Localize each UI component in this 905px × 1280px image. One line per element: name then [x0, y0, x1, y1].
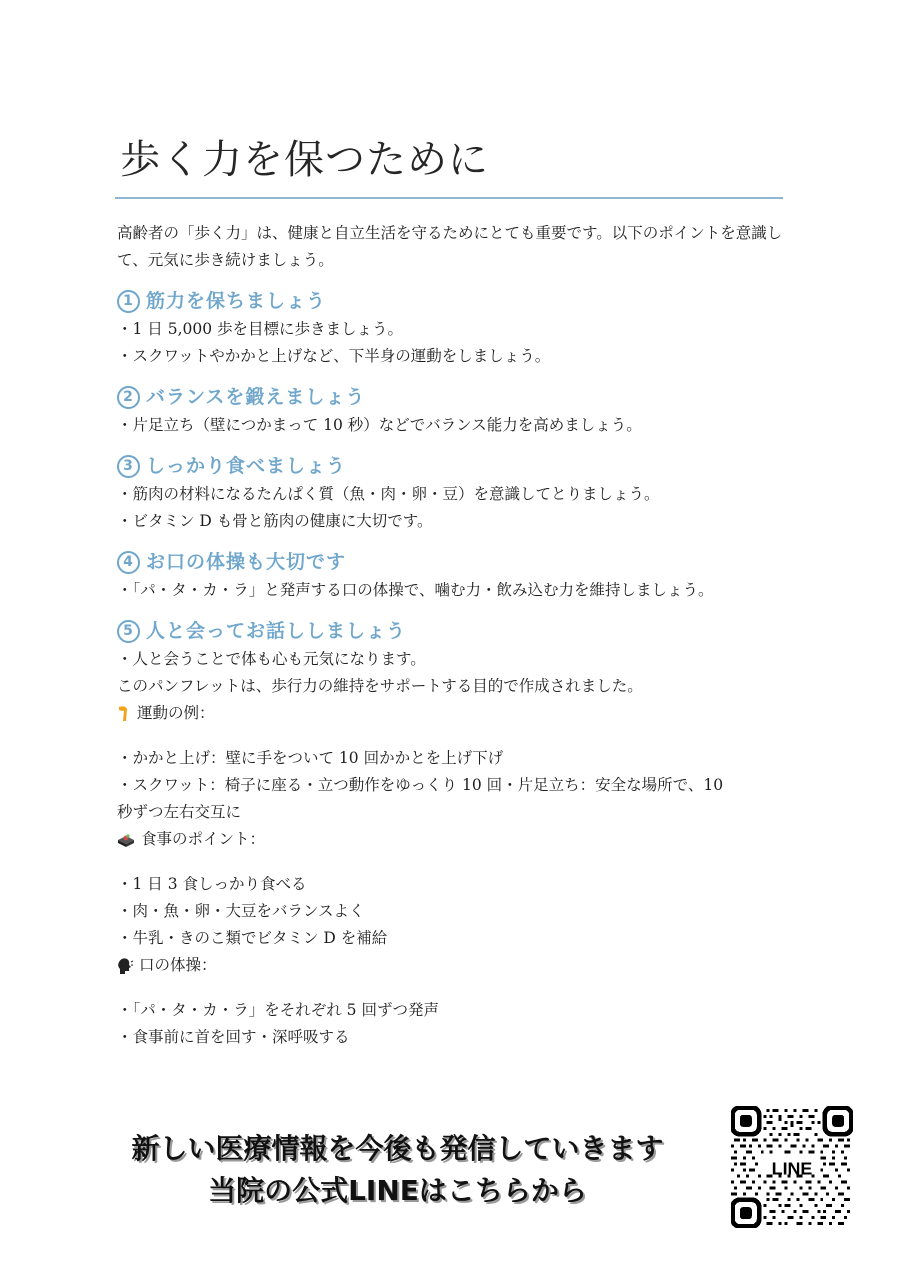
list-item: ・牛乳・きのこ類でビタミン D を補給	[117, 925, 797, 952]
exercise-label: 運動の例：	[117, 700, 797, 727]
meal-label: 食事のポイント：	[117, 826, 797, 853]
exercise-label-text: 運動の例：	[137, 700, 215, 727]
section-heading-text: お口の体操も大切です	[146, 551, 346, 573]
list-item: ・人と会うことで体も心も元気になります。	[117, 646, 797, 673]
section-5: 5人と会ってお話ししましょう ・人と会うことで体も心も元気になります。	[117, 616, 797, 673]
section-heading: 4お口の体操も大切です	[117, 547, 797, 577]
list-item: ・食事前に首を回す・深呼吸する	[117, 1024, 797, 1051]
intro-paragraph: 高齢者の「歩く力」は、健康と自立生活を守るためにとても重要です。以下のポイントを…	[117, 220, 797, 274]
section-heading: 2バランスを鍛えましょう	[117, 382, 797, 412]
promo-line-1: 新しい医療情報を今後も発信していきます	[90, 1128, 705, 1170]
list-item: ・肉・魚・卵・大豆をバランスよく	[117, 898, 797, 925]
section-heading: 3しっかり食べましょう	[117, 451, 797, 481]
meal-label-text: 食事のポイント：	[141, 826, 265, 853]
circled-number: 5	[117, 620, 140, 643]
line-promo-text: 新しい医療情報を今後も発信していきます 当院の公式LINEはこちらから	[90, 1128, 705, 1212]
spacer	[117, 727, 797, 745]
section-3: 3しっかり食べましょう ・筋肉の材料になるたんぱく質（魚・肉・卵・豆）を意識して…	[117, 451, 797, 535]
title-divider	[115, 197, 783, 199]
spacer	[117, 853, 797, 871]
bento-icon	[117, 832, 135, 848]
list-item: ・かかと上げ：壁に手をついて 10 回かかとを上げ下げ	[117, 745, 797, 772]
section-1: 1筋力を保ちましょう ・1 日 5,000 歩を目標に歩きましょう。 ・スクワッ…	[117, 286, 797, 370]
spacer	[117, 979, 797, 997]
section-heading-text: 筋力を保ちましょう	[146, 290, 326, 312]
circled-number: 1	[117, 290, 140, 313]
section-heading: 5人と会ってお話ししましょう	[117, 616, 797, 646]
main-content: 高齢者の「歩く力」は、健康と自立生活を守るためにとても重要です。以下のポイントを…	[117, 220, 797, 1051]
mouth-exercise-label-text: 口の体操：	[139, 952, 217, 979]
circled-number: 4	[117, 551, 140, 574]
section-heading-text: バランスを鍛えましょう	[146, 386, 365, 408]
line-qr-code[interactable]: LINE	[731, 1106, 853, 1228]
leg-icon	[117, 705, 131, 723]
list-item: ・「パ・タ・カ・ラ」をそれぞれ 5 回ずつ発声	[117, 997, 797, 1024]
list-item: ・スクワット：椅子に座る・立つ動作をゆっくり 10 回・片足立ち：安全な場所で、…	[117, 772, 797, 799]
mouth-exercise-label: 口の体操：	[117, 952, 797, 979]
list-item: ・1 日 5,000 歩を目標に歩きましょう。	[117, 316, 797, 343]
promo-line-2: 当院の公式LINEはこちらから	[90, 1170, 705, 1212]
list-item: 秒ずつ左右交互に	[117, 799, 797, 826]
pamphlet-note: このパンフレットは、歩行力の維持をサポートする目的で作成されました。	[117, 673, 797, 700]
section-4: 4お口の体操も大切です ・「パ・タ・カ・ラ」と発声する口の体操で、噛む力・飲み込…	[117, 547, 797, 604]
section-heading: 1筋力を保ちましょう	[117, 286, 797, 316]
speaking-head-icon	[117, 957, 133, 975]
list-item: ・ビタミン D も骨と筋肉の健康に大切です。	[117, 508, 797, 535]
section-heading-text: 人と会ってお話ししましょう	[146, 620, 406, 642]
list-item: ・スクワットやかかと上げなど、下半身の運動をしましょう。	[117, 343, 797, 370]
list-item: ・片足立ち（壁につかまって 10 秒）などでバランス能力を高めましょう。	[117, 412, 797, 439]
list-item: ・筋肉の材料になるたんぱく質（魚・肉・卵・豆）を意識してとりましょう。	[117, 481, 797, 508]
list-item: ・1 日 3 食しっかり食べる	[117, 871, 797, 898]
qr-line-label: LINE	[772, 1158, 813, 1178]
page-title: 歩く力を保つために	[120, 140, 489, 180]
list-item: ・「パ・タ・カ・ラ」と発声する口の体操で、噛む力・飲み込む力を維持しましょう。	[117, 577, 797, 604]
circled-number: 3	[117, 455, 140, 478]
section-heading-text: しっかり食べましょう	[146, 455, 346, 477]
section-2: 2バランスを鍛えましょう ・片足立ち（壁につかまって 10 秒）などでバランス能…	[117, 382, 797, 439]
circled-number: 2	[117, 386, 140, 409]
